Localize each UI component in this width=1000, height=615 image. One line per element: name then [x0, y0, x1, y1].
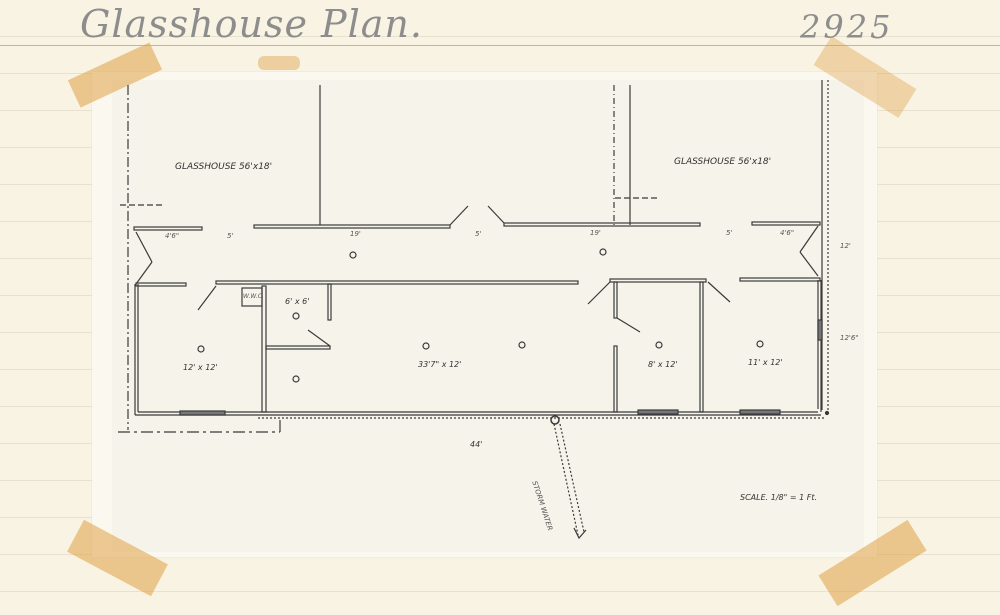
dim-top-4: 5' — [475, 230, 481, 238]
dim-top-6: 5' — [726, 229, 732, 237]
dim-top-2: 5' — [227, 232, 233, 240]
index-card: Glasshouse Plan. 2925 — [0, 0, 1000, 615]
dim-side-2: 12'6" — [840, 334, 859, 342]
dim-top-3: 19' — [350, 230, 361, 238]
overall-length: 44' — [470, 440, 482, 449]
room-left: 12' x 12' — [183, 363, 218, 372]
room-right: 11' x 12' — [748, 358, 783, 367]
label-glasshouse-left: GLASSHOUSE 56'x18' — [175, 162, 272, 172]
scale-note: SCALE. 1/8" = 1 Ft. — [740, 493, 817, 502]
room-mid-right: 8' x 12' — [648, 360, 678, 369]
room-small: 6' x 6' — [285, 297, 309, 306]
room-wc: W.W.C. — [243, 293, 264, 300]
floor-plan-drawing — [0, 0, 1000, 615]
dim-top-7: 4'6" — [780, 229, 794, 237]
label-glasshouse-right: GLASSHOUSE 56'x18' — [674, 157, 771, 167]
dim-top-1: 4'6" — [165, 232, 179, 240]
dim-side-1: 12' — [840, 242, 851, 250]
dim-top-5: 19' — [590, 229, 601, 237]
room-main: 33'7" x 12' — [418, 360, 461, 369]
